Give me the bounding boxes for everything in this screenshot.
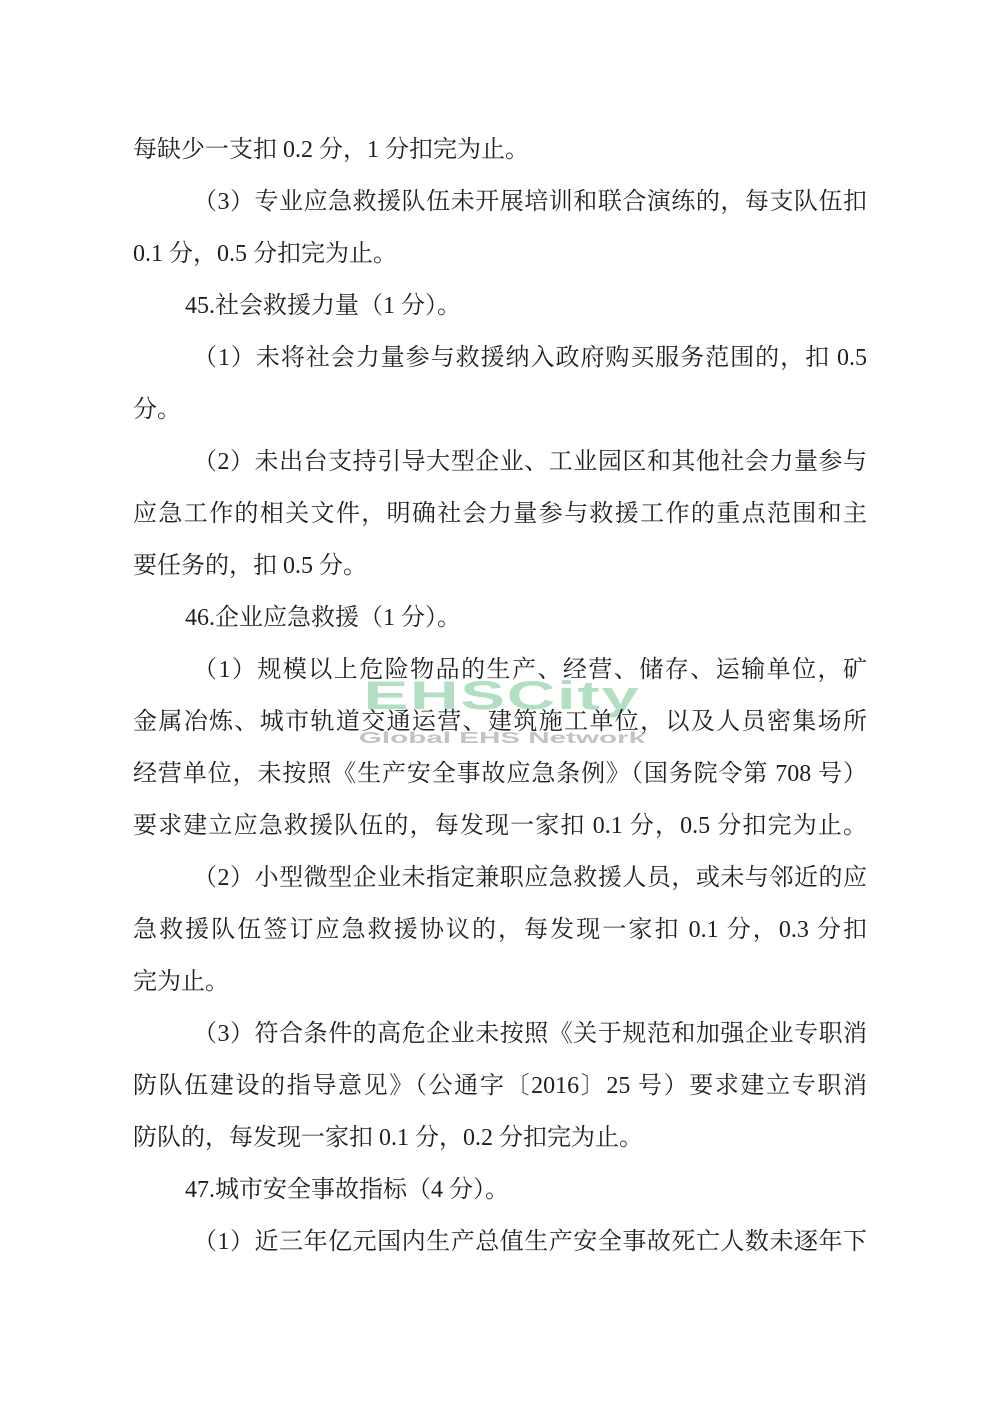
text-line: 0.1 分，0.5 分扣完为止。 bbox=[133, 228, 867, 280]
text-line: 经营单位，未按照《生产安全事故应急条例》（国务院令第 708 号） bbox=[133, 748, 867, 800]
text-line: （2）小型微型企业未指定兼职应急救援人员，或未与邻近的应 bbox=[133, 852, 867, 904]
document-page: EHSCity Global EHS Network 每缺少一支扣 0.2 分，… bbox=[0, 0, 1000, 1413]
text-line: （1）未将社会力量参与救援纳入政府购买服务范围的，扣 0.5 bbox=[133, 332, 867, 384]
text-line: 每缺少一支扣 0.2 分，1 分扣完为止。 bbox=[133, 124, 867, 176]
text-line: （1）规模以上危险物品的生产、经营、储存、运输单位，矿山、 bbox=[133, 644, 867, 696]
text-line: 防队的，每发现一家扣 0.1 分，0.2 分扣完为止。 bbox=[133, 1112, 867, 1164]
text-line: （3）符合条件的高危企业未按照《关于规范和加强企业专职消 bbox=[133, 1008, 867, 1060]
text-line: 46.企业应急救援（1 分）。 bbox=[133, 592, 867, 644]
text-line: 完为止。 bbox=[133, 956, 867, 1008]
text-line: 47.城市安全事故指标（4 分）。 bbox=[133, 1164, 867, 1216]
text-line: （1）近三年亿元国内生产总值生产安全事故死亡人数未逐年下 bbox=[133, 1216, 867, 1268]
text-line: 防队伍建设的指导意见》（公通字〔2016〕25 号）要求建立专职消 bbox=[133, 1060, 867, 1112]
document-text: 每缺少一支扣 0.2 分，1 分扣完为止。（3）专业应急救援队伍未开展培训和联合… bbox=[133, 124, 867, 1268]
text-line: 金属冶炼、城市轨道交通运营、建筑施工单位，以及人员密集场所 bbox=[133, 696, 867, 748]
text-line: 应急工作的相关文件，明确社会力量参与救援工作的重点范围和主 bbox=[133, 488, 867, 540]
text-line: （2）未出台支持引导大型企业、工业园区和其他社会力量参与 bbox=[133, 436, 867, 488]
text-line: 急救援队伍签订应急救援协议的，每发现一家扣 0.1 分，0.3 分扣 bbox=[133, 904, 867, 956]
text-line: 45.社会救援力量（1 分）。 bbox=[133, 280, 867, 332]
text-line: 分。 bbox=[133, 384, 867, 436]
text-line: （3）专业应急救援队伍未开展培训和联合演练的，每支队伍扣 bbox=[133, 176, 867, 228]
text-line: 要任务的，扣 0.5 分。 bbox=[133, 540, 867, 592]
text-line: 要求建立应急救援队伍的，每发现一家扣 0.1 分，0.5 分扣完为止。 bbox=[133, 800, 867, 852]
